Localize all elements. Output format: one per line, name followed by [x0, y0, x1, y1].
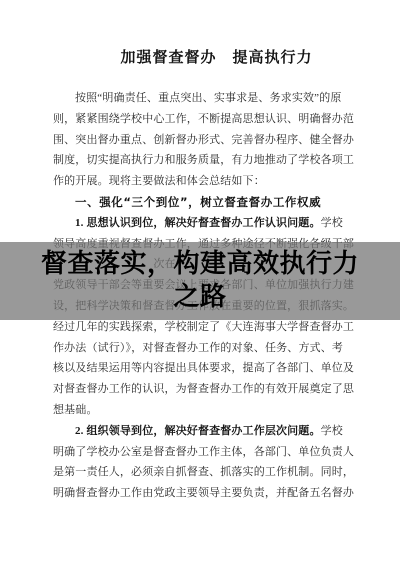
watermark-banner: 督查落实，构建高效执行力 之路 — [0, 242, 400, 320]
document-title: 加强督查督办 提高执行力 — [53, 46, 350, 67]
section-heading: 一、强化“三个到位”，树立督查督办工作权威 — [53, 192, 350, 213]
banner-title-line1: 督查落实，构建高效执行力 — [41, 248, 359, 281]
document-line: 作的开展。现将主要做法和体会总结如下： — [53, 171, 350, 192]
paragraph-lead: 2. 组织领导到位，解决好督查督办工作层次问题。 — [75, 425, 321, 437]
document-line: 核以及结果运用等内容提出具体要求，提高了各部门、单位及 — [53, 358, 350, 379]
document-line: 2. 组织领导到位，解决好督查督办工作层次问题。学校 — [53, 421, 350, 442]
paragraph-rest: 学校 — [321, 425, 343, 437]
document-line: 制度，切实提高执行力和服务质量，有力地推动了学校各项工 — [53, 150, 350, 171]
document-page: 加强督查督办 提高执行力 按照“明确责任、重点突出、实事求是、务求实效”的原则，… — [0, 0, 400, 566]
document-line: 按照“明确责任、重点突出、实事求是、务求实效”的原 — [53, 88, 350, 109]
document-line: 是第一责任人，必须亲自抓督查、抓落实的工作机制。同时， — [53, 462, 350, 483]
document-line: 作办法（试行）》，对督查督办工作的对象、任务、方式、考 — [53, 338, 350, 359]
document-line: 明确了学校办公室是督查督办工作主体，各部门、单位负责人 — [53, 442, 350, 463]
paragraph-rest: 学校 — [321, 217, 343, 229]
banner-title-line2: 之路 — [173, 281, 226, 314]
document-line: 1. 思想认识到位，解决好督查督办工作认识问题。学校 — [53, 213, 350, 234]
document-line: 想基础。 — [53, 400, 350, 421]
document-line: 则，紧紧围绕学校中心工作，不断提高思想认识、明确督办范 — [53, 109, 350, 130]
document-line: 围、突出督办重点、创新督办形式、完善督办程序、健全督办 — [53, 130, 350, 151]
document-line: 明确督查督办工作由党政主要领导主要负责，并配备五名督办 — [53, 483, 350, 504]
document-line: 对督查督办工作的认识，为督查督办工作的有效开展奠定了思 — [53, 379, 350, 400]
paragraph-lead: 1. 思想认识到位，解决好督查督办工作认识问题。 — [75, 217, 321, 229]
